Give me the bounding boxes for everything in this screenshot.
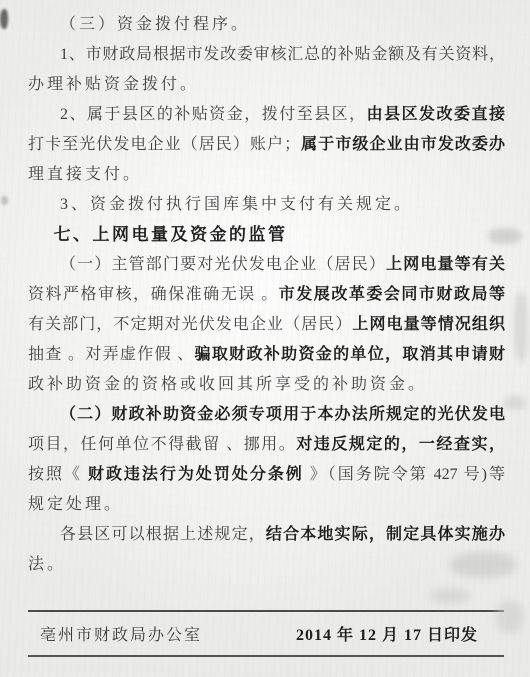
text-run: 办理补贴资金拨付。 — [28, 76, 199, 93]
text-line: 抽查 。对弄虚作假 、骗取财政补助资金的单位，取消其申请财 — [28, 340, 505, 370]
text-run: 项目，任何单位不得截留 、挪用。 — [28, 436, 296, 453]
text-run: 由县区发改委直接 — [367, 106, 505, 123]
footer-rule-bottom — [28, 655, 504, 657]
text-run: （三）资金拨付程序。 — [60, 16, 250, 33]
bleed-through-artifact — [430, 588, 470, 604]
text-run: 法。 — [28, 556, 66, 573]
text-line: 按照《 财政违法行为处罚处分条例 》（国务院令第 427 号)等 — [28, 460, 505, 490]
bleed-through-artifact — [514, 292, 528, 362]
text-run: 各县区可以根据上述规定， — [60, 526, 266, 543]
text-run: 市发展改革委会同市财政局等 — [279, 286, 505, 303]
text-run: 财政违法行为处罚处分条例 — [88, 466, 304, 483]
section-heading: 七、上网电量及资金的监管 — [28, 220, 505, 250]
text-run: 规定处理。 — [28, 496, 123, 513]
text-line: 办理补贴资金拨付。 — [28, 70, 505, 100]
footer: 亳州市财政局办公室 2014 年 12 月 17 日印发 — [28, 610, 504, 657]
text-line: 规定处理。 — [28, 490, 505, 520]
text-line: 各县区可以根据上述规定，结合本地实际，制定具体实施办 — [28, 520, 505, 550]
text-run: 有关部门，不定期对光伏发电企业（居民） — [28, 316, 352, 333]
text-line: （三）资金拨付程序。 — [28, 10, 505, 40]
text-run: 按照《 — [28, 466, 88, 483]
scan-speck-left-margin — [1, 196, 8, 205]
text-line: 项目，任何单位不得截留 、挪用。对违反规定的，一经查实， — [28, 430, 505, 460]
text-line: 3、资金拨付执行国库集中支付有关规定。 — [28, 190, 505, 220]
text-line: 理直接支付。 — [28, 160, 505, 190]
text-line: 法。 — [28, 550, 505, 580]
text-line: 有关部门，不定期对光伏发电企业（居民）上网电量等情况组织 — [28, 310, 505, 340]
text-run: 上网电量等情况组织 — [352, 316, 505, 333]
text-run: 》（国务院令第 427 号)等 — [304, 466, 505, 483]
text-line: 2、属于县区的补贴资金，拨付至县区，由县区发改委直接 — [28, 100, 505, 130]
text-run: 七、上网电量及资金的监管 — [54, 225, 288, 244]
text-run: （二）财政补助资金必须专项用于本办法所规定的光伏发电 — [60, 406, 505, 423]
text-run: 抽查 。对弄虚作假 、 — [28, 346, 195, 363]
scan-smudge-top-left — [0, 9, 8, 29]
text-line: 政补助资金的资格或收回其所享受的补助资金。 — [28, 370, 505, 400]
document-body: （三）资金拨付程序。1、市财政局根据市发改委审核汇总的补贴金额及有关资料，办理补… — [28, 10, 505, 580]
scanned-document-page: （三）资金拨付程序。1、市财政局根据市发改委审核汇总的补贴金额及有关资料，办理补… — [0, 0, 530, 677]
text-run: 资料严格审核，确保准确无误 。 — [28, 286, 279, 303]
bleed-through-artifact — [504, 396, 526, 410]
text-run: 对违反规定的，一经查实， — [296, 436, 505, 453]
text-run: 1、市财政局根据市发改委审核汇总的补贴金额及有关资料， — [60, 46, 505, 63]
text-run: 骗取财政补助资金的单位，取消其申请财 — [195, 346, 505, 363]
text-run: 结合本地实际，制定具体实施办 — [266, 526, 505, 543]
text-run: 属于市级企业由市发改委办 — [300, 136, 505, 153]
footer-row: 亳州市财政局办公室 2014 年 12 月 17 日印发 — [28, 612, 504, 655]
text-run: （一）主管部门要对光伏发电企业（居民） — [60, 256, 386, 273]
text-line: 1、市财政局根据市发改委审核汇总的补贴金额及有关资料， — [28, 40, 505, 70]
text-line: 资料严格审核，确保准确无误 。市发展改革委会同市财政局等 — [28, 280, 505, 310]
text-run: 理直接支付。 — [28, 166, 142, 183]
issuer-name: 亳州市财政局办公室 — [40, 622, 202, 645]
text-run: 3、资金拨付执行国库集中支付有关规定。 — [60, 196, 413, 213]
text-run: 2、属于县区的补贴资金，拨付至县区， — [60, 106, 367, 123]
text-line: 打卡至光伏发电企业（居民）账户；属于市级企业由市发改委办 — [28, 130, 505, 160]
text-run: 上网电量等有关 — [386, 256, 505, 273]
print-date: 2014 年 12 月 17 日印发 — [296, 622, 478, 645]
text-line: （一）主管部门要对光伏发电企业（居民）上网电量等有关 — [28, 250, 505, 280]
text-line: （二）财政补助资金必须专项用于本办法所规定的光伏发电 — [28, 400, 505, 430]
text-run: 打卡至光伏发电企业（居民）账户； — [28, 136, 300, 153]
text-run: 政补助资金的资格或收回其所享受的补助资金。 — [28, 376, 427, 393]
